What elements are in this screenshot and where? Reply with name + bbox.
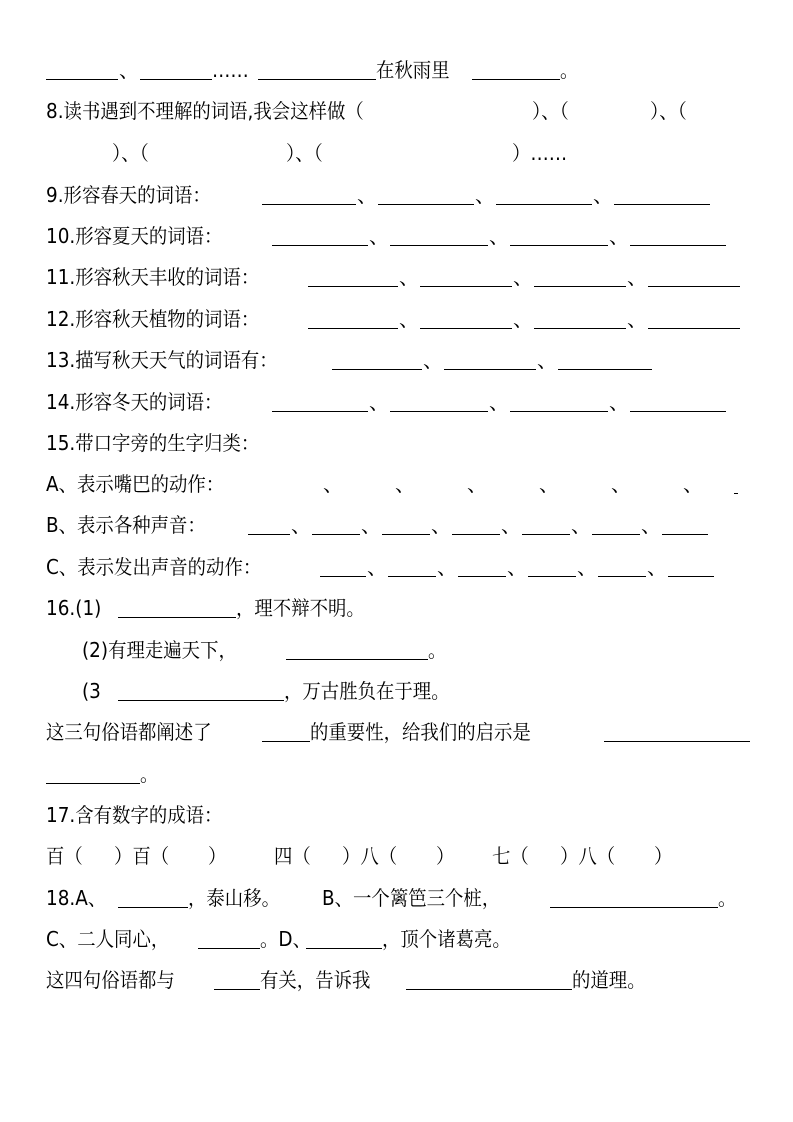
answer-blank[interactable] — [140, 59, 212, 80]
answer-blank[interactable] — [630, 391, 726, 412]
separator: 、 — [610, 472, 632, 496]
paren: ）、（ — [112, 141, 154, 165]
idiom-char: 七（ — [492, 844, 529, 868]
period: 。 — [560, 58, 578, 82]
separator: 、 — [290, 513, 312, 537]
answer-blank[interactable] — [510, 225, 608, 246]
proverb-text: B、一个篱笆三个桩， — [322, 886, 532, 910]
separator: 、 — [466, 472, 488, 496]
summary-text: 的重要性，给我们的启示是 — [310, 720, 580, 744]
question-10-label: 10.形容夏天的词语： — [46, 224, 254, 248]
separator: 、 — [118, 58, 140, 82]
proverb-text: 。D、 — [260, 927, 302, 951]
answer-blank[interactable] — [458, 556, 506, 577]
separator: 、 — [640, 513, 662, 537]
idiom-char: 四（ — [274, 844, 311, 868]
question-18-summary: 这四句俗语都与 有关，告诉我 的道理。 — [46, 968, 652, 992]
separator: 、 — [536, 348, 558, 372]
separator: 、 — [394, 472, 416, 496]
answer-blank[interactable] — [668, 556, 714, 577]
answer-blank[interactable] — [496, 184, 592, 205]
answer-blank[interactable] — [444, 349, 536, 370]
answer-blank[interactable] — [452, 514, 500, 535]
answer-blank[interactable] — [662, 514, 708, 535]
period: 。 — [718, 886, 736, 910]
question-8-cont: ）、（ ）、（ ）…… — [46, 141, 572, 165]
idiom-char: ） — [208, 844, 269, 868]
answer-blank[interactable] — [604, 721, 750, 742]
answer-blank[interactable] — [320, 556, 366, 577]
answer-blank[interactable] — [528, 556, 576, 577]
answer-blank[interactable] — [286, 639, 428, 660]
separator: 、 — [360, 513, 382, 537]
idiom-char: ） — [436, 844, 488, 868]
question-12: 12.形容秋天植物的词语： 、 、 、 — [46, 307, 740, 331]
answer-blank[interactable] — [262, 184, 356, 205]
answer-blank[interactable] — [472, 59, 560, 80]
separator: 、 — [474, 183, 496, 207]
summary-text: 这四句俗语都与 — [46, 968, 201, 992]
line-autumn-rain: 、 …… 在秋雨里 。 — [46, 58, 580, 82]
answer-blank[interactable] — [118, 887, 188, 908]
separator: 、 — [398, 265, 420, 289]
answer-blank[interactable] — [306, 928, 382, 949]
idiom-char: ）八（ — [560, 844, 615, 868]
answer-blank[interactable] — [390, 391, 488, 412]
answer-blank[interactable] — [534, 308, 626, 329]
answer-blank[interactable] — [308, 308, 398, 329]
question-8: 8.读书遇到不理解的词语,我会这样做（ ）、（ ）、（ — [46, 99, 690, 123]
answer-blank[interactable] — [118, 680, 284, 701]
question-11-label: 11.形容秋天丰收的词语： — [46, 265, 287, 289]
separator: 、 — [538, 472, 560, 496]
answer-blank[interactable] — [388, 556, 436, 577]
question-15a: A、表示嘴巴的动作： 、 、 、 、 、 、 — [46, 472, 738, 496]
proverb-text: (2)有理走遍天下， — [82, 638, 270, 662]
answer-blank[interactable] — [630, 225, 726, 246]
separator: 、 — [570, 513, 592, 537]
question-10: 10.形容夏天的词语： 、 、 、 — [46, 224, 726, 248]
text-in-autumn-rain: 在秋雨里 — [376, 58, 464, 82]
answer-blank[interactable] — [558, 349, 652, 370]
separator: 、 — [488, 224, 510, 248]
answer-blank[interactable] — [648, 308, 740, 329]
proverb-prefix: (3 — [82, 679, 115, 703]
separator: 、 — [422, 348, 444, 372]
question-14: 14.形容冬天的词语： 、 、 、 — [46, 390, 726, 414]
idiom-char: ）百（ — [114, 844, 169, 868]
answer-blank[interactable] — [592, 514, 640, 535]
question-15-label: 15.带口字旁的生字归类： — [46, 431, 259, 455]
period: 。 — [140, 762, 158, 786]
answer-blank[interactable] — [420, 308, 512, 329]
paren: ）、（ — [286, 141, 328, 165]
separator: 、 — [436, 555, 458, 579]
question-14-label: 14.形容冬天的词语： — [46, 390, 254, 414]
proverb-text: C、二人同心， — [46, 927, 186, 951]
paren: ）、（ — [532, 99, 574, 123]
question-15b-label: B、表示各种声音： — [46, 513, 232, 537]
answer-blank[interactable] — [614, 184, 710, 205]
answer-blank[interactable] — [46, 763, 140, 784]
separator: 、 — [430, 513, 452, 537]
answer-blank[interactable] — [648, 266, 740, 287]
question-11: 11.形容秋天丰收的词语： 、 、 、 — [46, 265, 740, 289]
summary-text: 有关，告诉我 — [260, 968, 394, 992]
separator: 、 — [322, 472, 344, 496]
proverb-text: ，万古胜负在于理。 — [284, 679, 450, 703]
answer-blank[interactable] — [598, 556, 646, 577]
separator: 、 — [368, 390, 390, 414]
question-16-summary: 这三句俗语都阐述了 的重要性，给我们的启示是 — [46, 720, 750, 744]
idiom-char: ）八（ — [342, 844, 397, 868]
question-13-label: 13.描写秋天天气的词语有： — [46, 348, 309, 372]
separator: 、 — [646, 555, 668, 579]
idiom-char: ） — [654, 844, 672, 868]
separator: 、 — [682, 472, 704, 496]
answer-blank[interactable] — [734, 473, 738, 494]
answer-blank[interactable] — [332, 349, 422, 370]
question-17: 17.含有数字的成语： — [46, 803, 238, 827]
period: 。 — [428, 638, 446, 662]
separator: 、 — [626, 265, 648, 289]
proverb-text: ，泰山移。 — [188, 886, 311, 910]
idiom-char: 百（ — [46, 844, 83, 868]
question-17-idioms: 百（ ）百（ ） 四（ ）八（ ） 七（ ）八（ ） — [46, 844, 674, 868]
question-16-summary-cont: 。 — [46, 762, 160, 786]
question-18-ab: 18.A、 ，泰山移。 B、一个篱笆三个桩， 。 — [46, 886, 738, 910]
answer-blank[interactable] — [198, 928, 260, 949]
paren-ellipsis: ）…… — [512, 141, 567, 165]
question-9: 9.形容春天的词语： 、 、 、 — [46, 183, 710, 207]
answer-blank[interactable] — [550, 887, 718, 908]
ellipsis: …… — [212, 58, 254, 82]
question-18-prefix: 18.A、 — [46, 886, 112, 910]
answer-blank[interactable] — [406, 969, 572, 990]
answer-blank[interactable] — [312, 514, 360, 535]
separator: 、 — [506, 555, 528, 579]
question-16-3: (3 ，万古胜负在于理。 — [82, 679, 464, 703]
question-15b: B、表示各种声音： 、 、 、 、 、 、 — [46, 513, 708, 537]
answer-blank[interactable] — [272, 225, 368, 246]
question-16-2: (2)有理走遍天下， 。 — [82, 638, 448, 662]
separator: 、 — [512, 265, 534, 289]
answer-blank[interactable] — [390, 225, 488, 246]
proverb-text: ，理不辩不明。 — [236, 596, 365, 620]
separator: 、 — [398, 307, 420, 331]
separator: 、 — [608, 224, 630, 248]
proverb-text: ，顶个诸葛亮。 — [382, 927, 511, 951]
question-8-text: 8.读书遇到不理解的词语,我会这样做（ — [46, 99, 431, 123]
summary-text: 的道理。 — [572, 968, 646, 992]
separator: 、 — [592, 183, 614, 207]
question-17-label: 17.含有数字的成语： — [46, 803, 222, 827]
separator: 、 — [488, 390, 510, 414]
answer-blank[interactable] — [510, 391, 608, 412]
answer-blank[interactable] — [522, 514, 570, 535]
answer-blank[interactable] — [262, 721, 310, 742]
question-15: 15.带口字旁的生字归类： — [46, 431, 278, 455]
separator: 、 — [356, 183, 378, 207]
question-16-prefix: 16.(1) — [46, 596, 112, 620]
answer-blank[interactable] — [378, 184, 474, 205]
answer-blank[interactable] — [272, 391, 368, 412]
separator: 、 — [512, 307, 534, 331]
separator: 、 — [576, 555, 598, 579]
answer-blank[interactable] — [248, 514, 290, 535]
question-16-1: 16.(1) ，理不辩不明。 — [46, 596, 376, 620]
separator: 、 — [500, 513, 522, 537]
paren: ）、（ — [650, 99, 687, 123]
answer-blank[interactable] — [46, 59, 118, 80]
question-12-label: 12.形容秋天植物的词语： — [46, 307, 287, 331]
separator: 、 — [626, 307, 648, 331]
answer-blank[interactable] — [258, 59, 376, 80]
separator: 、 — [366, 555, 388, 579]
question-13: 13.描写秋天天气的词语有： 、 、 — [46, 348, 652, 372]
question-9-label: 9.形容春天的词语： — [46, 183, 245, 207]
answer-blank[interactable] — [420, 266, 512, 287]
question-15c-label: C、表示发出声音的动作： — [46, 555, 298, 579]
separator: 、 — [608, 390, 630, 414]
separator: 、 — [368, 224, 390, 248]
answer-blank[interactable] — [214, 969, 260, 990]
answer-blank[interactable] — [382, 514, 430, 535]
question-15a-label: A、表示嘴巴的动作： — [46, 472, 287, 496]
answer-blank[interactable] — [534, 266, 626, 287]
answer-blank[interactable] — [118, 597, 236, 618]
question-18-cd: C、二人同心， 。D、 ，顶个诸葛亮。 — [46, 927, 522, 951]
question-15c: C、表示发出声音的动作： 、 、 、 、 、 — [46, 555, 714, 579]
summary-text: 这三句俗语都阐述了 — [46, 720, 245, 744]
answer-blank[interactable] — [308, 266, 398, 287]
